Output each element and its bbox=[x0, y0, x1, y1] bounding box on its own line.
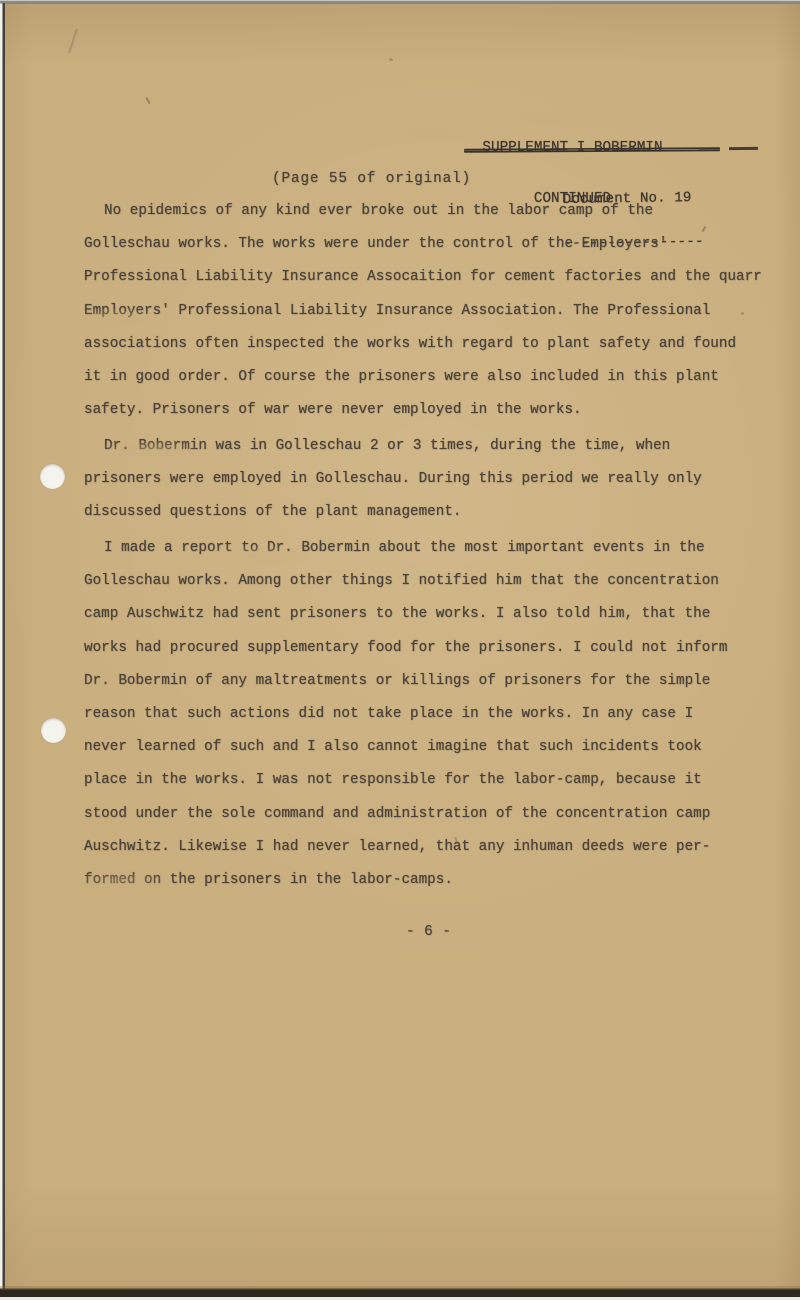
text-line: Auschwitz. Likewise I had never learned,… bbox=[84, 838, 784, 871]
text-line: associations often inspected the works w… bbox=[84, 335, 784, 368]
text-line: works had procured supplementary food fo… bbox=[84, 639, 784, 672]
paper-speck bbox=[389, 58, 394, 62]
text-line: never learned of such and I also cannot … bbox=[84, 738, 784, 771]
text-line: Golleschau works. The works were under t… bbox=[84, 235, 784, 268]
text-line: Employers' Professional Liability Insura… bbox=[84, 302, 784, 335]
paper-fiber bbox=[68, 28, 77, 53]
text-line: stood under the sole command and adminis… bbox=[84, 805, 784, 838]
document-scan: SUPPLEMENT I BOBERMIN CONTINUED Document… bbox=[0, 0, 800, 1300]
text-line: I made a report to Dr. Bobermin about th… bbox=[84, 539, 784, 572]
header-underline-dash bbox=[729, 147, 758, 150]
text-line: discussed questions of the plant managem… bbox=[84, 503, 784, 536]
text-line: safety. Prisoners of war were never empl… bbox=[84, 401, 784, 434]
paragraph: Dr. Bobermin was in Golleschau 2 or 3 ti… bbox=[84, 437, 784, 537]
text-line: camp Auschwitz had sent prisoners to the… bbox=[84, 605, 784, 638]
scan-edge-left bbox=[0, 0, 6, 1300]
page-number: - 6 - bbox=[406, 924, 451, 940]
text-line: Professional Liability Insurance Assocai… bbox=[84, 268, 784, 301]
text-line: Dr. Bobermin of any maltreatments or kil… bbox=[84, 672, 784, 705]
text-line: reason that such actions did not take pl… bbox=[84, 705, 784, 738]
text-line: place in the works. I was not responsibl… bbox=[84, 771, 784, 804]
paragraph: I made a report to Dr. Bobermin about th… bbox=[84, 539, 784, 904]
text-line: Dr. Bobermin was in Golleschau 2 or 3 ti… bbox=[84, 437, 784, 470]
body-text: No epidemics of any kind ever broke out … bbox=[84, 202, 784, 904]
text-line: formed on the prisoners in the labor-cam… bbox=[84, 871, 784, 904]
punch-hole-top bbox=[40, 464, 65, 489]
text-line: Golleschau works. Among other things I n… bbox=[84, 572, 784, 605]
punch-hole-bottom bbox=[41, 718, 66, 743]
page-reference: (Page 55 of original) bbox=[272, 171, 471, 187]
paragraph: No epidemics of any kind ever broke out … bbox=[84, 202, 784, 434]
paper-speck bbox=[145, 97, 150, 104]
scan-edge-top bbox=[0, 0, 800, 4]
scan-edge-bottom bbox=[0, 1286, 800, 1300]
text-line: prisoners were employed in Golleschau. D… bbox=[84, 470, 784, 503]
text-line: it in good order. Of course the prisoner… bbox=[84, 368, 784, 401]
text-line: No epidemics of any kind ever broke out … bbox=[84, 202, 784, 235]
